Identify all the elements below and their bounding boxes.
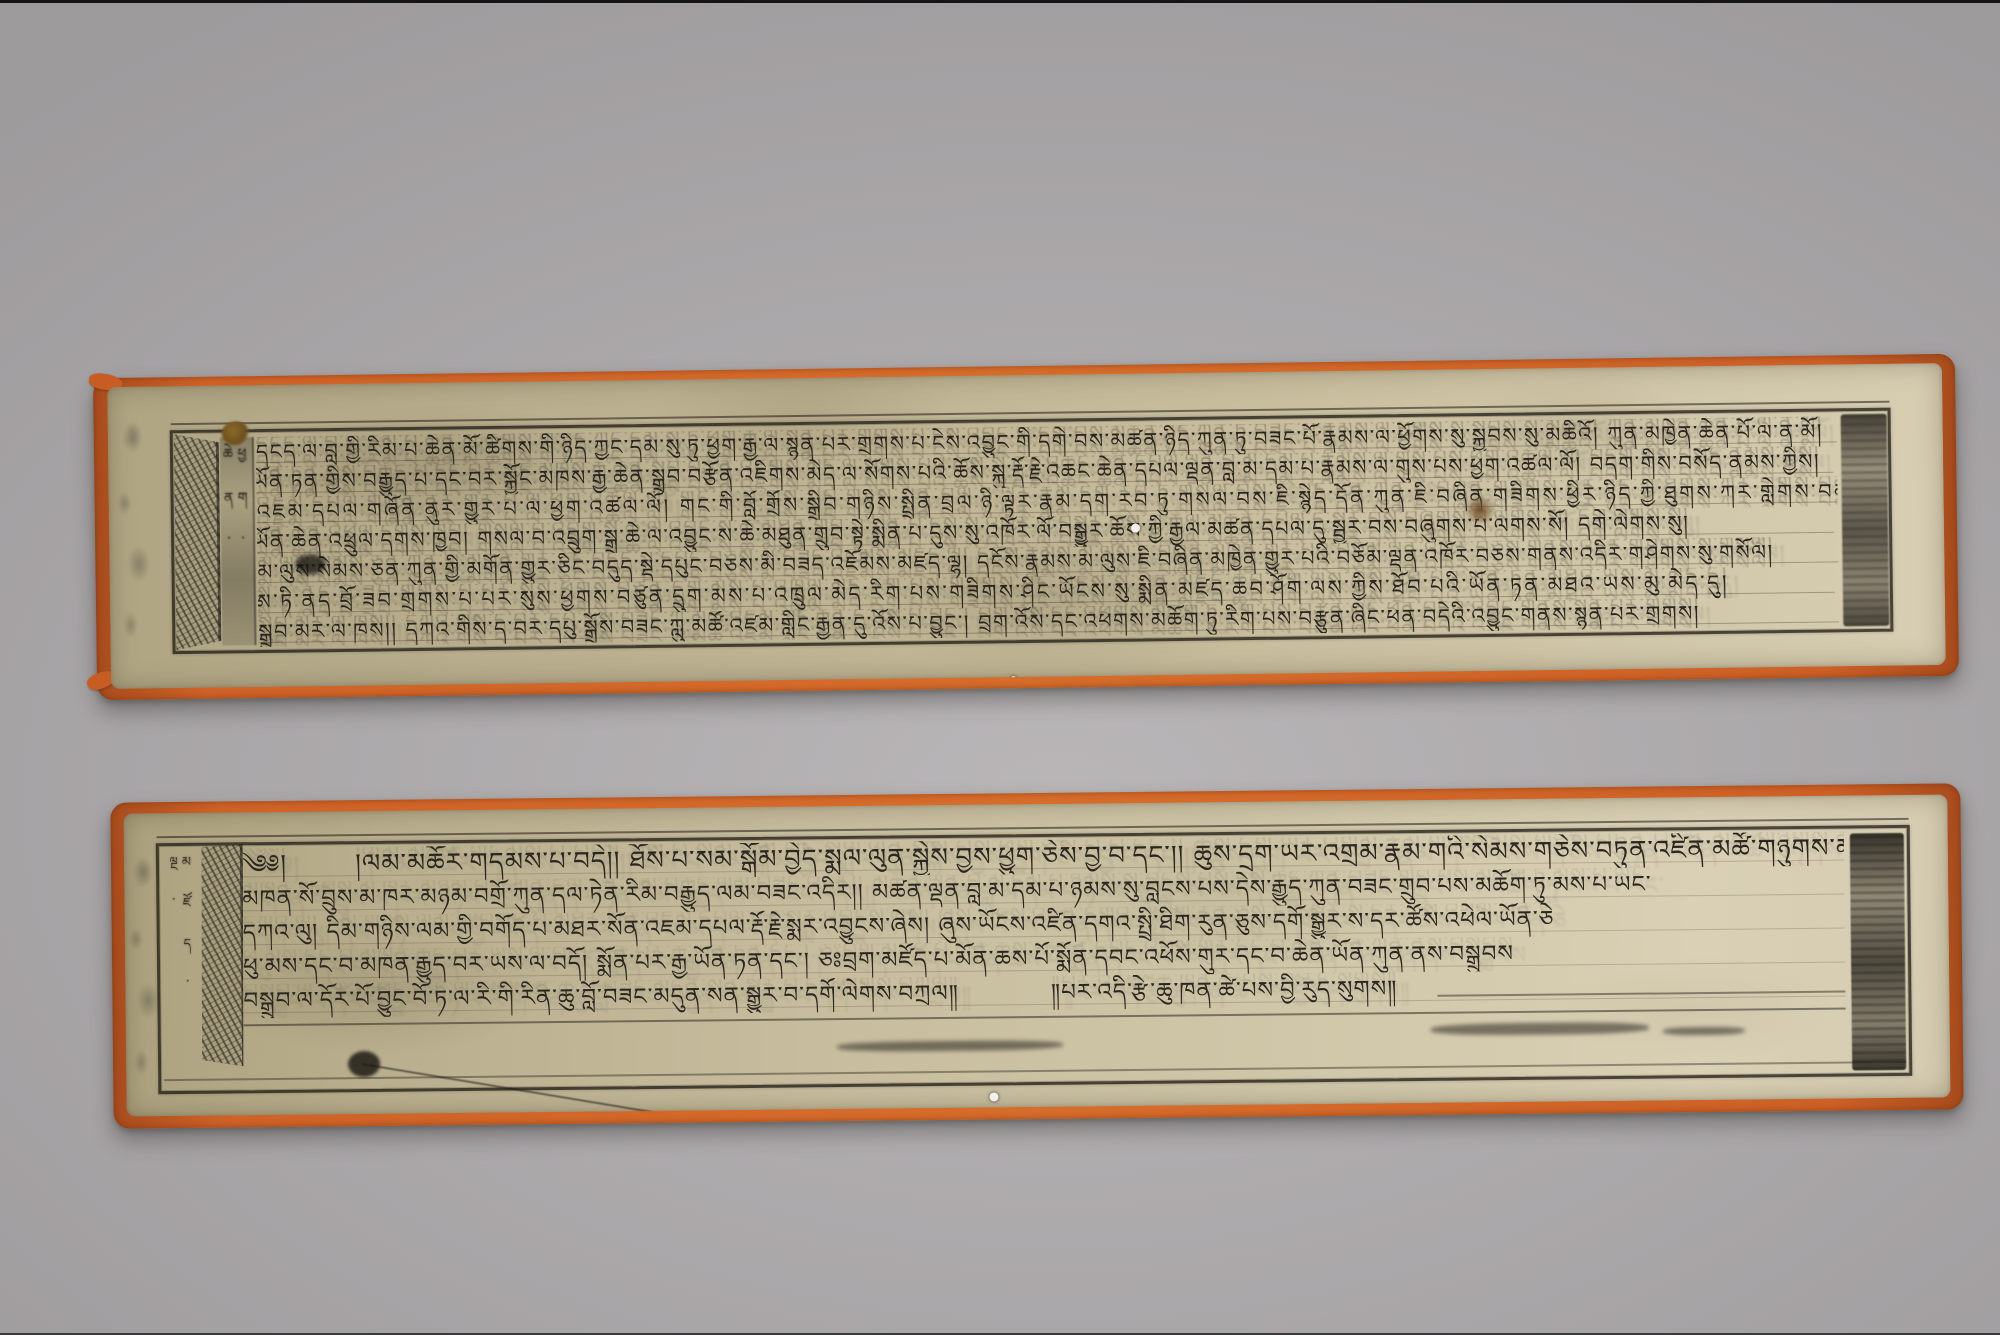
left-frame-panel	[174, 434, 222, 651]
yig-mgo-head-mark: ༄༅།	[242, 848, 287, 882]
paper-chip	[989, 1092, 998, 1101]
margin-title-column: ཕྱག་ཆེན་གདམས	[220, 437, 257, 645]
manuscript-leaf-upper: ཕྱག་ཆེན་གདམས དངད་ལ་བླ་གྱི་རིམ་པ་ཆེན་མོ་ཚ…	[93, 354, 1959, 700]
paper-surface-upper: ཕྱག་ཆེན་གདམས དངད་ལ་བླ་གྱི་རིམ་པ་ཆེན་མོ་ཚ…	[107, 363, 1946, 689]
text-block-lower: ༄༅། །ལམ་མཆོར་གདམས་པ་བདེ།། ཐོས་པ་སམ་སྒོམ་…	[242, 832, 1846, 1019]
colophon-text: ༎པར་འདི་རྩེ་ཆུ་ཁན་ཚེ་པས་བྱི་རུད་སུགས༎	[1051, 972, 1398, 1010]
paper-chip	[1010, 676, 1017, 683]
right-end-panel	[1841, 414, 1890, 627]
worm-hole	[1131, 524, 1140, 533]
photo-top-edge	[0, 0, 2000, 3]
left-frame-panel	[200, 844, 245, 1066]
right-end-panel	[1850, 833, 1906, 1071]
margin-grime	[109, 406, 158, 661]
manuscript-leaf-lower: མཛོད་ལྔ་བཞུགས ༄༅། །ལམ་མཆོར་གདམས་པ་བདེ།། …	[110, 783, 1963, 1128]
text-block-upper: དངད་ལ་བླ་གྱི་རིམ་པ་ཆེན་མོ་ཚིགས་གི་ཉིད་ཀྱ…	[256, 416, 1840, 647]
paper-surface-lower: མཛོད་ལྔ་བཞུགས ༄༅། །ལམ་མཆོར་གདམས་པ་བདེ།། …	[123, 794, 1950, 1116]
photo-backdrop: ཕྱག་ཆེན་གདམས དངད་ལ་བླ་གྱི་རིམ་པ་ཆེན་མོ་ཚ…	[0, 0, 2000, 1335]
margin-title-column: མཛོད་ལྔ་བཞུགས	[170, 847, 198, 1032]
baseline-rule	[1437, 991, 1845, 997]
